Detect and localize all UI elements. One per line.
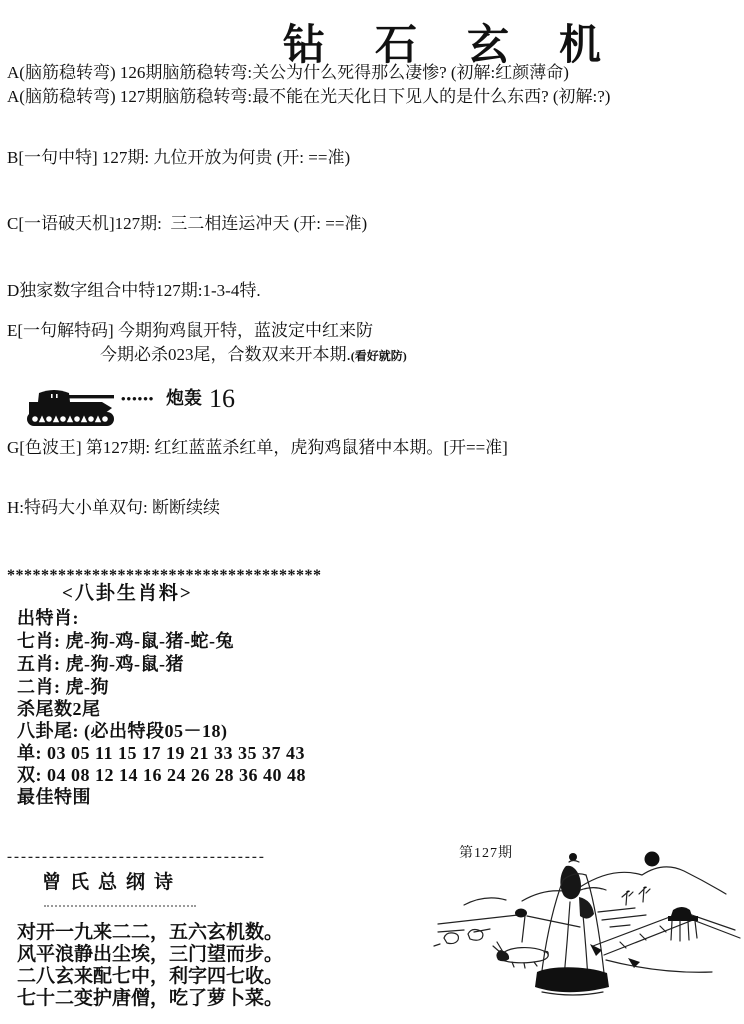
bagua-line-qixiao: 七肖: 虎-狗-鸡-鼠-猪-蛇-兔 (17, 631, 234, 653)
dashed-divider: ------------------------------------- (7, 848, 266, 866)
bagua-line-chutexiao: 出特肖: (17, 608, 79, 630)
poem-line: 七十二变护唐僧，吃了萝卜菜。 (17, 988, 283, 1011)
riddle-line-126: A(脑筋稳转弯) 126期脑筋稳转弯:关公为什么死得那么凄惨? (初解:红颜薄命… (7, 63, 569, 83)
tank-cannon-icon (25, 386, 121, 430)
scene-illustration (430, 842, 744, 1020)
tip-h-line: H:特码大小单双句: 断断续续 (7, 498, 220, 518)
poem-line: 对开一九来二二，五六玄机数。 (17, 922, 283, 945)
tip-e-note: (看好就防) (351, 349, 407, 363)
moon-icon (645, 852, 660, 867)
poem-line: 二八玄来配七中，利字四七收。 (17, 966, 283, 989)
bagua-line-wuxiao: 五肖: 虎-狗-鸡-鼠-猪 (17, 654, 184, 676)
cannon-blast-label: 炮轰 (166, 388, 202, 410)
bagua-section-title: <八卦生肖料> (62, 583, 193, 606)
lottery-tip-sheet: 钻石玄机 A(脑筋稳转弯) 126期脑筋稳转弯:关公为什么死得那么凄惨? (初解… (0, 0, 744, 1024)
tip-e-line2-text: 今期必杀023尾，合数双来开本期. (100, 345, 351, 364)
tip-b-line: B[一句中特] 127期: 九位开放为何贵 (开: ==准) (7, 148, 350, 168)
poem-title: 曾氏总纲诗 (42, 872, 182, 895)
tip-d-line: D独家数字组合中特127期:1-3-4特. (7, 281, 261, 301)
cannon-shell-dots: •••••• (121, 391, 154, 407)
cannon-number: 16 (209, 383, 235, 414)
bagua-line-shaweishu: 杀尾数2尾 (17, 699, 101, 721)
bagua-line-odd-numbers: 单: 03 05 11 15 17 19 21 33 35 37 43 (17, 743, 305, 765)
tip-g-line: G[色波王] 第127期: 红红蓝蓝杀红单，虎狗鸡鼠猪中本期。[开==准] (7, 438, 508, 458)
tip-e-line2: 今期必杀023尾，合数双来开本期.(看好就防) (100, 345, 407, 365)
poem-title-underline (44, 905, 196, 907)
bagua-line-erxiao: 二肖: 虎-狗 (17, 677, 109, 699)
poem-line: 风平浪静出尘埃，三门望而步。 (17, 944, 283, 967)
tip-c-line: C[一语破天机]127期: 三二相连运冲天 (开: ==准) (7, 214, 367, 234)
tip-e-line1: E[一句解特码] 今期狗鸡鼠开特，蓝波定中红来防 (7, 321, 373, 341)
bagua-line-even-numbers: 双: 04 08 12 14 16 24 26 28 36 40 48 (17, 765, 306, 787)
riddle-line-127: A(脑筋稳转弯) 127期脑筋稳转弯:最不能在光天化日下见人的是什么东西? (初… (7, 87, 610, 107)
bagua-line-zuijiatewei: 最佳特围 (17, 787, 91, 809)
bagua-line-baguawei: 八卦尾: (必出特段05－18) (17, 721, 227, 743)
